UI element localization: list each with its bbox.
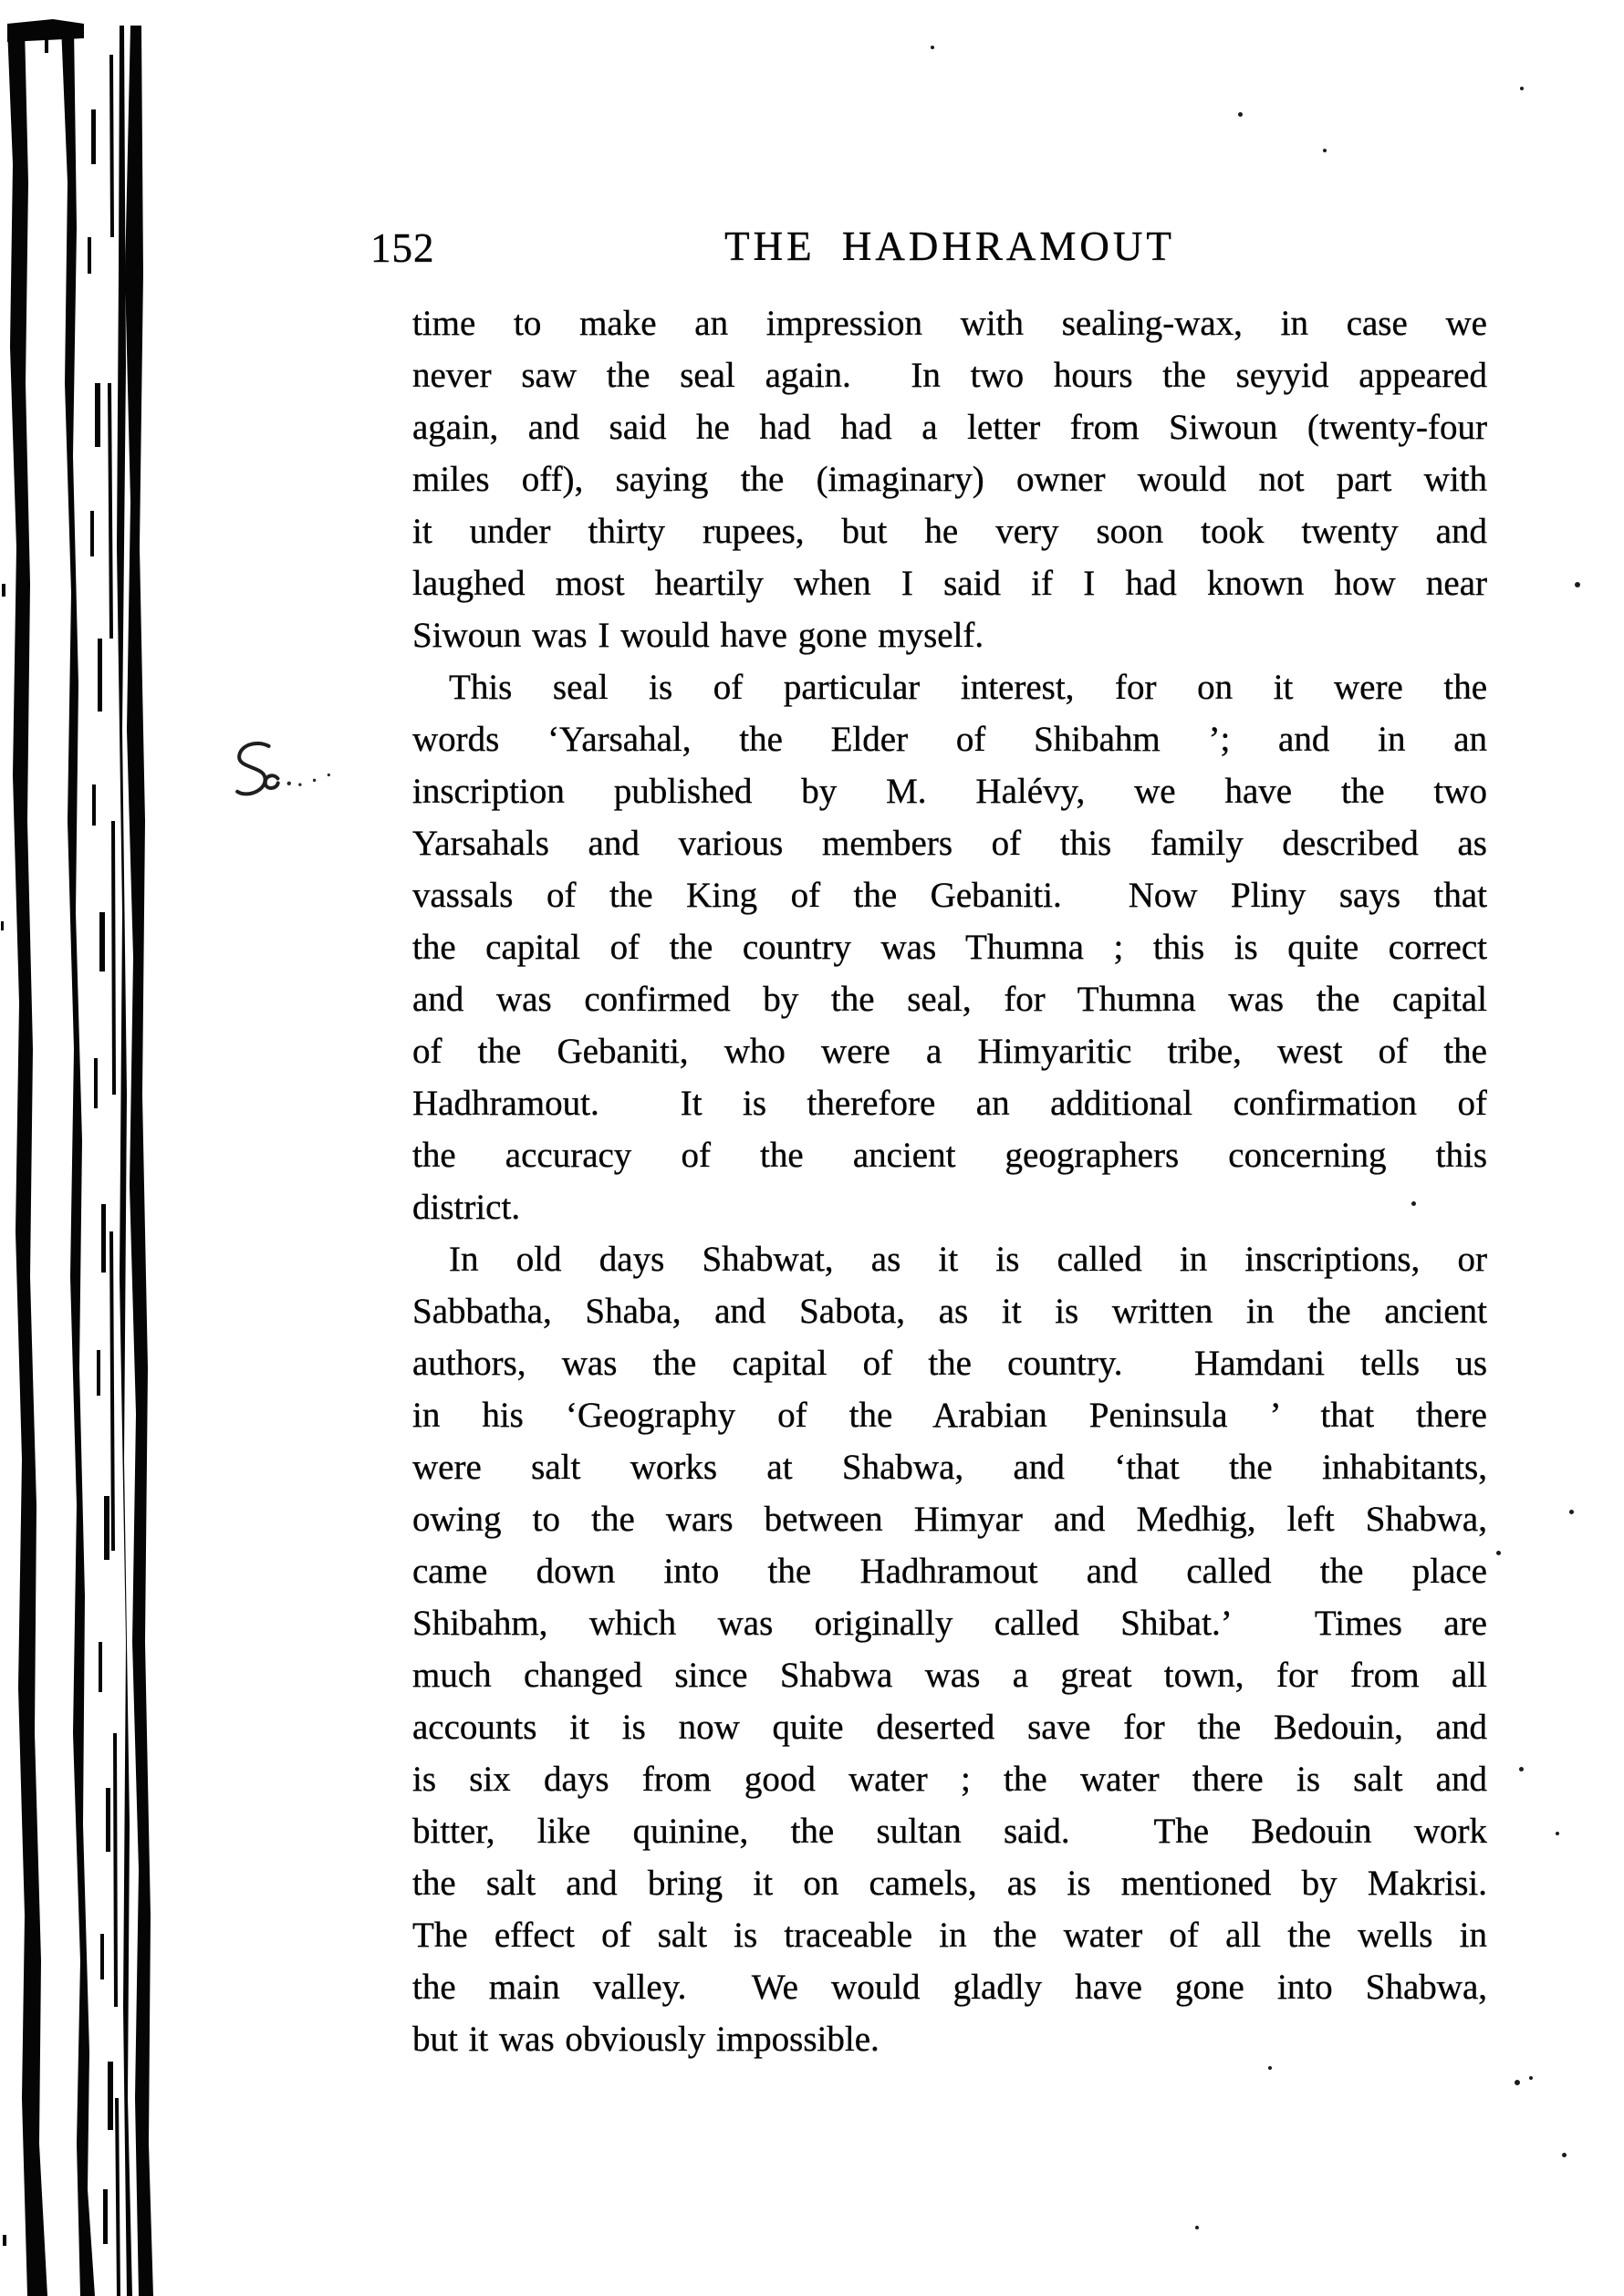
- scan-speck: [931, 46, 934, 49]
- text-line: bitter, like quinine, the sultan said. T…: [412, 1805, 1487, 1857]
- scan-speck: [1529, 2076, 1533, 2080]
- text-line: district.: [412, 1181, 1487, 1233]
- text-line: laughed most heartily when I said if I h…: [412, 557, 1487, 609]
- text-line: accounts it is now quite deserted save f…: [412, 1701, 1487, 1753]
- text-line: miles off), saying the (imaginary) owner…: [412, 453, 1487, 505]
- text-line: Hadhramout. It is therefore an additiona…: [412, 1077, 1487, 1129]
- text-line: This seal is of particular interest, for…: [412, 661, 1487, 713]
- text-line: time to make an impression with sealing-…: [412, 297, 1487, 349]
- text-line: came down into the Hadhramout and called…: [412, 1545, 1487, 1597]
- scan-speck: [1496, 1551, 1501, 1555]
- text-line: In old days Shabwat, as it is called in …: [412, 1233, 1487, 1285]
- scan-speck: [1515, 2080, 1520, 2085]
- scan-speck: [1519, 1767, 1524, 1771]
- text-line: but it was obviously impossible.: [412, 2013, 1487, 2065]
- text-line: the accuracy of the ancient geographers …: [412, 1129, 1487, 1181]
- text-line: words ‘Yarsahal, the Elder of Shibahm ’;…: [412, 713, 1487, 765]
- scanned-book-page: 152 THE HADHRAMOUT time to make an impre…: [0, 0, 1624, 2296]
- text-line: Shibahm, which was originally called Shi…: [412, 1597, 1487, 1649]
- text-line: authors, was the capital of the country.…: [412, 1337, 1487, 1389]
- body-text: time to make an impression with sealing-…: [412, 297, 1487, 2065]
- text-line: much changed since Shabwa was a great to…: [412, 1649, 1487, 1701]
- text-line: again, and said he had had a letter from…: [412, 401, 1487, 453]
- text-line: owing to the wars between Himyar and Med…: [412, 1493, 1487, 1545]
- text-line: Siwoun was I would have gone myself.: [412, 609, 1487, 661]
- scan-speck: [1411, 1201, 1416, 1206]
- text-line: the salt and bring it on camels, as is m…: [412, 1857, 1487, 1909]
- binding-scan-artifact: [0, 0, 169, 2296]
- scan-speck: [1195, 2226, 1199, 2229]
- text-line: Sabbatha, Shaba, and Sabota, as it is wr…: [412, 1285, 1487, 1337]
- text-line: and was confirmed by the seal, for Thumn…: [412, 973, 1487, 1025]
- text-line: of the Gebaniti, who were a Himyaritic t…: [412, 1025, 1487, 1077]
- scan-speck: [1562, 2153, 1567, 2157]
- text-line: the capital of the country was Thumna ; …: [412, 921, 1487, 973]
- text-line: The effect of salt is traceable in the w…: [412, 1909, 1487, 1961]
- text-line: in his ‘Geography of the Arabian Peninsu…: [412, 1389, 1487, 1441]
- scan-speck: [1556, 1832, 1559, 1835]
- text-line: were salt works at Shabwa, and ‘that the…: [412, 1441, 1487, 1493]
- scan-speck: [1238, 112, 1243, 117]
- scan-speck: [1569, 1510, 1574, 1514]
- text-line: vassals of the King of the Gebaniti. Now…: [412, 869, 1487, 921]
- scan-speck: [1575, 582, 1580, 587]
- margin-annotation-pencil-mark: [228, 732, 378, 808]
- text-line: inscription published by M. Halévy, we h…: [412, 765, 1487, 817]
- text-line: Yarsahals and various members of this fa…: [412, 817, 1487, 869]
- running-title: THE HADHRAMOUT: [412, 223, 1487, 270]
- scan-speck: [1520, 87, 1524, 90]
- text-line: the main valley. We would gladly have go…: [412, 1961, 1487, 2013]
- scan-speck: [1323, 149, 1327, 152]
- text-line: never saw the seal again. In two hours t…: [412, 349, 1487, 401]
- scan-speck: [1268, 2066, 1272, 2070]
- text-line: is six days from good water ; the water …: [412, 1753, 1487, 1805]
- text-line: it under thirty rupees, but he very soon…: [412, 505, 1487, 557]
